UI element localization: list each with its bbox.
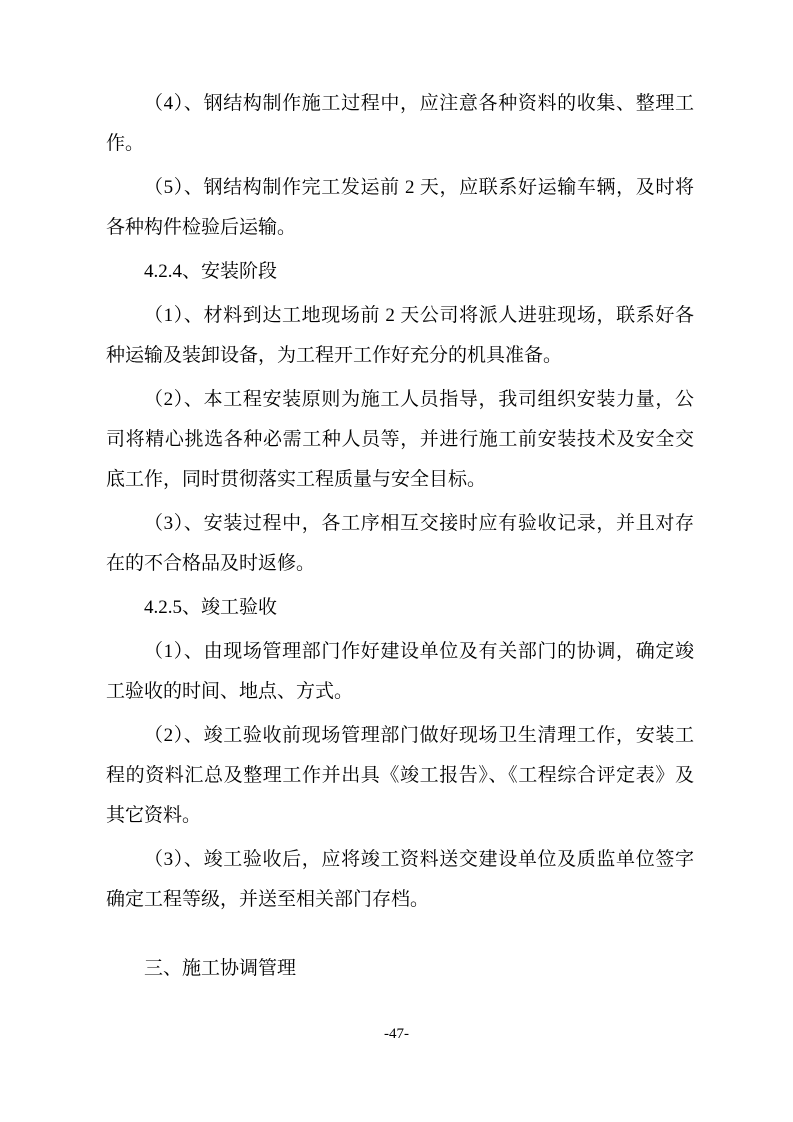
paragraph-item-4-fabrication: （4）、钢结构制作施工过程中，应注意各种资料的收集、整理工作。 (106, 84, 694, 164)
paragraph-item-5-shipping: （5）、钢结构制作完工发运前 2 天，应联系好运输车辆，及时将各种构件检验后运输… (106, 168, 694, 248)
paragraph-item-3-archive: （3）、竣工验收后，应将竣工资料送交建设单位及质监单位签字确定工程等级，并送至相… (106, 840, 694, 920)
paragraph-item-1-coordination: （1）、由现场管理部门作好建设单位及有关部门的协调，确定竣工验收的时间、地点、方… (106, 632, 694, 712)
paragraph-item-3-acceptance-records: （3）、安装过程中，各工序相互交接时应有验收记录，并且对存在的不合格品及时返修。 (106, 504, 694, 584)
heading-4-2-5-completion-acceptance: 4.2.5、竣工验收 (106, 588, 694, 628)
paragraph-item-1-material-arrival: （1）、材料到达工地现场前 2 天公司将派人进驻现场，联系好各种运输及装卸设备，… (106, 296, 694, 376)
document-body: （4）、钢结构制作施工过程中，应注意各种资料的收集、整理工作。 （5）、钢结构制… (106, 84, 694, 993)
paragraph-item-2-site-cleanup: （2）、竣工验收前现场管理部门做好现场卫生清理工作，安装工程的资料汇总及整理工作… (106, 716, 694, 836)
heading-4-2-4-installation-stage: 4.2.4、安装阶段 (106, 252, 694, 292)
section-heading-construction-coordination: 三、施工协调管理 (106, 949, 694, 989)
paragraph-item-2-installation-principle: （2）、本工程安装原则为施工人员指导，我司组织安装力量，公司将精心挑选各种必需工… (106, 380, 694, 500)
document-page: （4）、钢结构制作施工过程中，应注意各种资料的收集、整理工作。 （5）、钢结构制… (0, 0, 793, 1122)
page-number: -47- (0, 1024, 793, 1044)
